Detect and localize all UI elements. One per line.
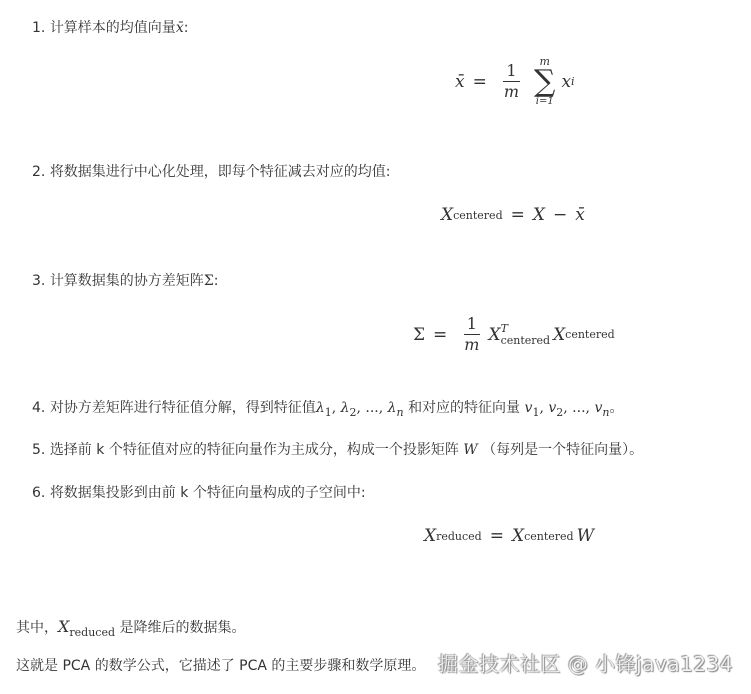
- numerator: 1: [464, 315, 480, 335]
- step-tail: :: [184, 20, 189, 36]
- summation: m ∑ i=1: [534, 56, 555, 107]
- math-w: W: [463, 442, 477, 458]
- math-sup: T: [501, 323, 551, 335]
- step-text: 对协方差矩阵进行特征值分解，得到特征值: [50, 400, 316, 416]
- math-eq: =: [490, 526, 504, 546]
- para-text: 其中，: [16, 620, 58, 636]
- math-lhs: Σ: [413, 325, 425, 345]
- math-xbar: x̄: [575, 205, 585, 225]
- sum-lower: i=1: [536, 97, 554, 107]
- step-number: 6.: [32, 485, 45, 501]
- denominator: m: [501, 82, 522, 101]
- step-number: 2.: [32, 164, 45, 180]
- math-ellipsis: ...: [572, 400, 585, 416]
- math-lhs: X: [424, 526, 436, 546]
- step-text: 将数据集投影到由前 k 个特征向量构成的子空间中:: [50, 485, 366, 501]
- math-sub: reduced: [69, 626, 115, 639]
- math-term: x: [561, 72, 571, 92]
- numerator: 1: [503, 62, 519, 82]
- formula-covariance: Σ = 1 m X T centered Xcentered: [413, 315, 615, 354]
- step-6: 6. 将数据集投影到由前 k 个特征向量构成的子空间中:: [32, 483, 366, 503]
- step-text: 计算数据集的协方差矩阵: [50, 273, 204, 289]
- math-sub: i: [571, 75, 575, 88]
- step-4: 4. 对协方差矩阵进行特征值分解，得到特征值λ1, λ2, ..., λn 和对…: [32, 398, 623, 423]
- step-3: 3. 计算数据集的协方差矩阵Σ:: [32, 271, 218, 291]
- step-text: 计算样本的均值向量: [50, 20, 176, 36]
- math-x: X: [553, 325, 565, 345]
- step-tail: 。: [609, 400, 623, 416]
- math-eq: =: [433, 325, 447, 345]
- paragraph-summary: 这就是 PCA 的数学公式，它描述了 PCA 的主要步骤和数学原理。: [16, 656, 425, 676]
- math-x: X: [58, 617, 69, 636]
- watermark: 掘金技术社区 @ 小锋java1234: [438, 648, 733, 677]
- math-lhs: X: [441, 205, 453, 225]
- step-number: 3.: [32, 273, 45, 289]
- step-number: 5.: [32, 442, 45, 458]
- math-x: X: [512, 526, 524, 546]
- math-sub: reduced: [436, 530, 482, 543]
- math-sub: centered: [501, 335, 551, 347]
- fraction: 1 m: [501, 62, 522, 101]
- step-tail: （每列是一个特征向量）。: [482, 442, 643, 458]
- step-5: 5. 选择前 k 个特征值对应的特征向量作为主成分，构成一个投影矩阵 W （每列…: [32, 440, 643, 460]
- step-number: 4.: [32, 400, 45, 416]
- math-lambda: λ: [316, 400, 325, 416]
- math-sub: centered: [453, 209, 503, 222]
- math-sub: n: [397, 406, 404, 419]
- math-eq: =: [473, 72, 487, 92]
- math-sub: 1: [325, 406, 332, 419]
- math-x: X: [533, 205, 545, 225]
- math-x: X: [488, 325, 500, 345]
- para-text: 这就是 PCA 的数学公式，它描述了 PCA 的主要步骤和数学原理。: [16, 658, 425, 674]
- math-sub: centered: [524, 530, 574, 543]
- formula-mean: x̄ = 1 m m ∑ i=1 xi: [455, 56, 575, 107]
- formula-centered: Xcentered = X − x̄: [441, 205, 585, 225]
- para-text: 是降维后的数据集。: [119, 620, 245, 636]
- denominator: m: [461, 335, 482, 354]
- math-eq: =: [511, 205, 525, 225]
- step-2: 2. 将数据集进行中心化处理，即每个特征减去对应的均值:: [32, 162, 391, 182]
- math-minus: −: [553, 205, 567, 225]
- step-tail: :: [214, 273, 219, 289]
- math-xbar: x̄: [176, 20, 184, 36]
- step-1: 1. 计算样本的均值向量x̄:: [32, 18, 188, 38]
- step-text: 和对应的特征向量: [408, 400, 520, 416]
- paragraph-reduced-note: 其中，Xreduced 是降维后的数据集。: [16, 617, 245, 643]
- math-sigma: Σ: [204, 273, 214, 289]
- math-w: W: [577, 526, 594, 546]
- math-sub: centered: [565, 328, 615, 341]
- math-lambda: λ: [388, 400, 397, 416]
- fraction: 1 m: [461, 315, 482, 354]
- formula-reduced: Xreduced = Xcentered W: [424, 526, 594, 546]
- math-lhs: x̄: [455, 72, 465, 92]
- sup-sub-stack: T centered: [501, 323, 551, 347]
- step-number: 1.: [32, 20, 45, 36]
- math-ellipsis: ...: [365, 400, 378, 416]
- step-text: 将数据集进行中心化处理，即每个特征减去对应的均值:: [50, 164, 391, 180]
- sigma-icon: ∑: [534, 67, 555, 97]
- step-text: 选择前 k 个特征值对应的特征向量作为主成分，构成一个投影矩阵: [50, 442, 459, 458]
